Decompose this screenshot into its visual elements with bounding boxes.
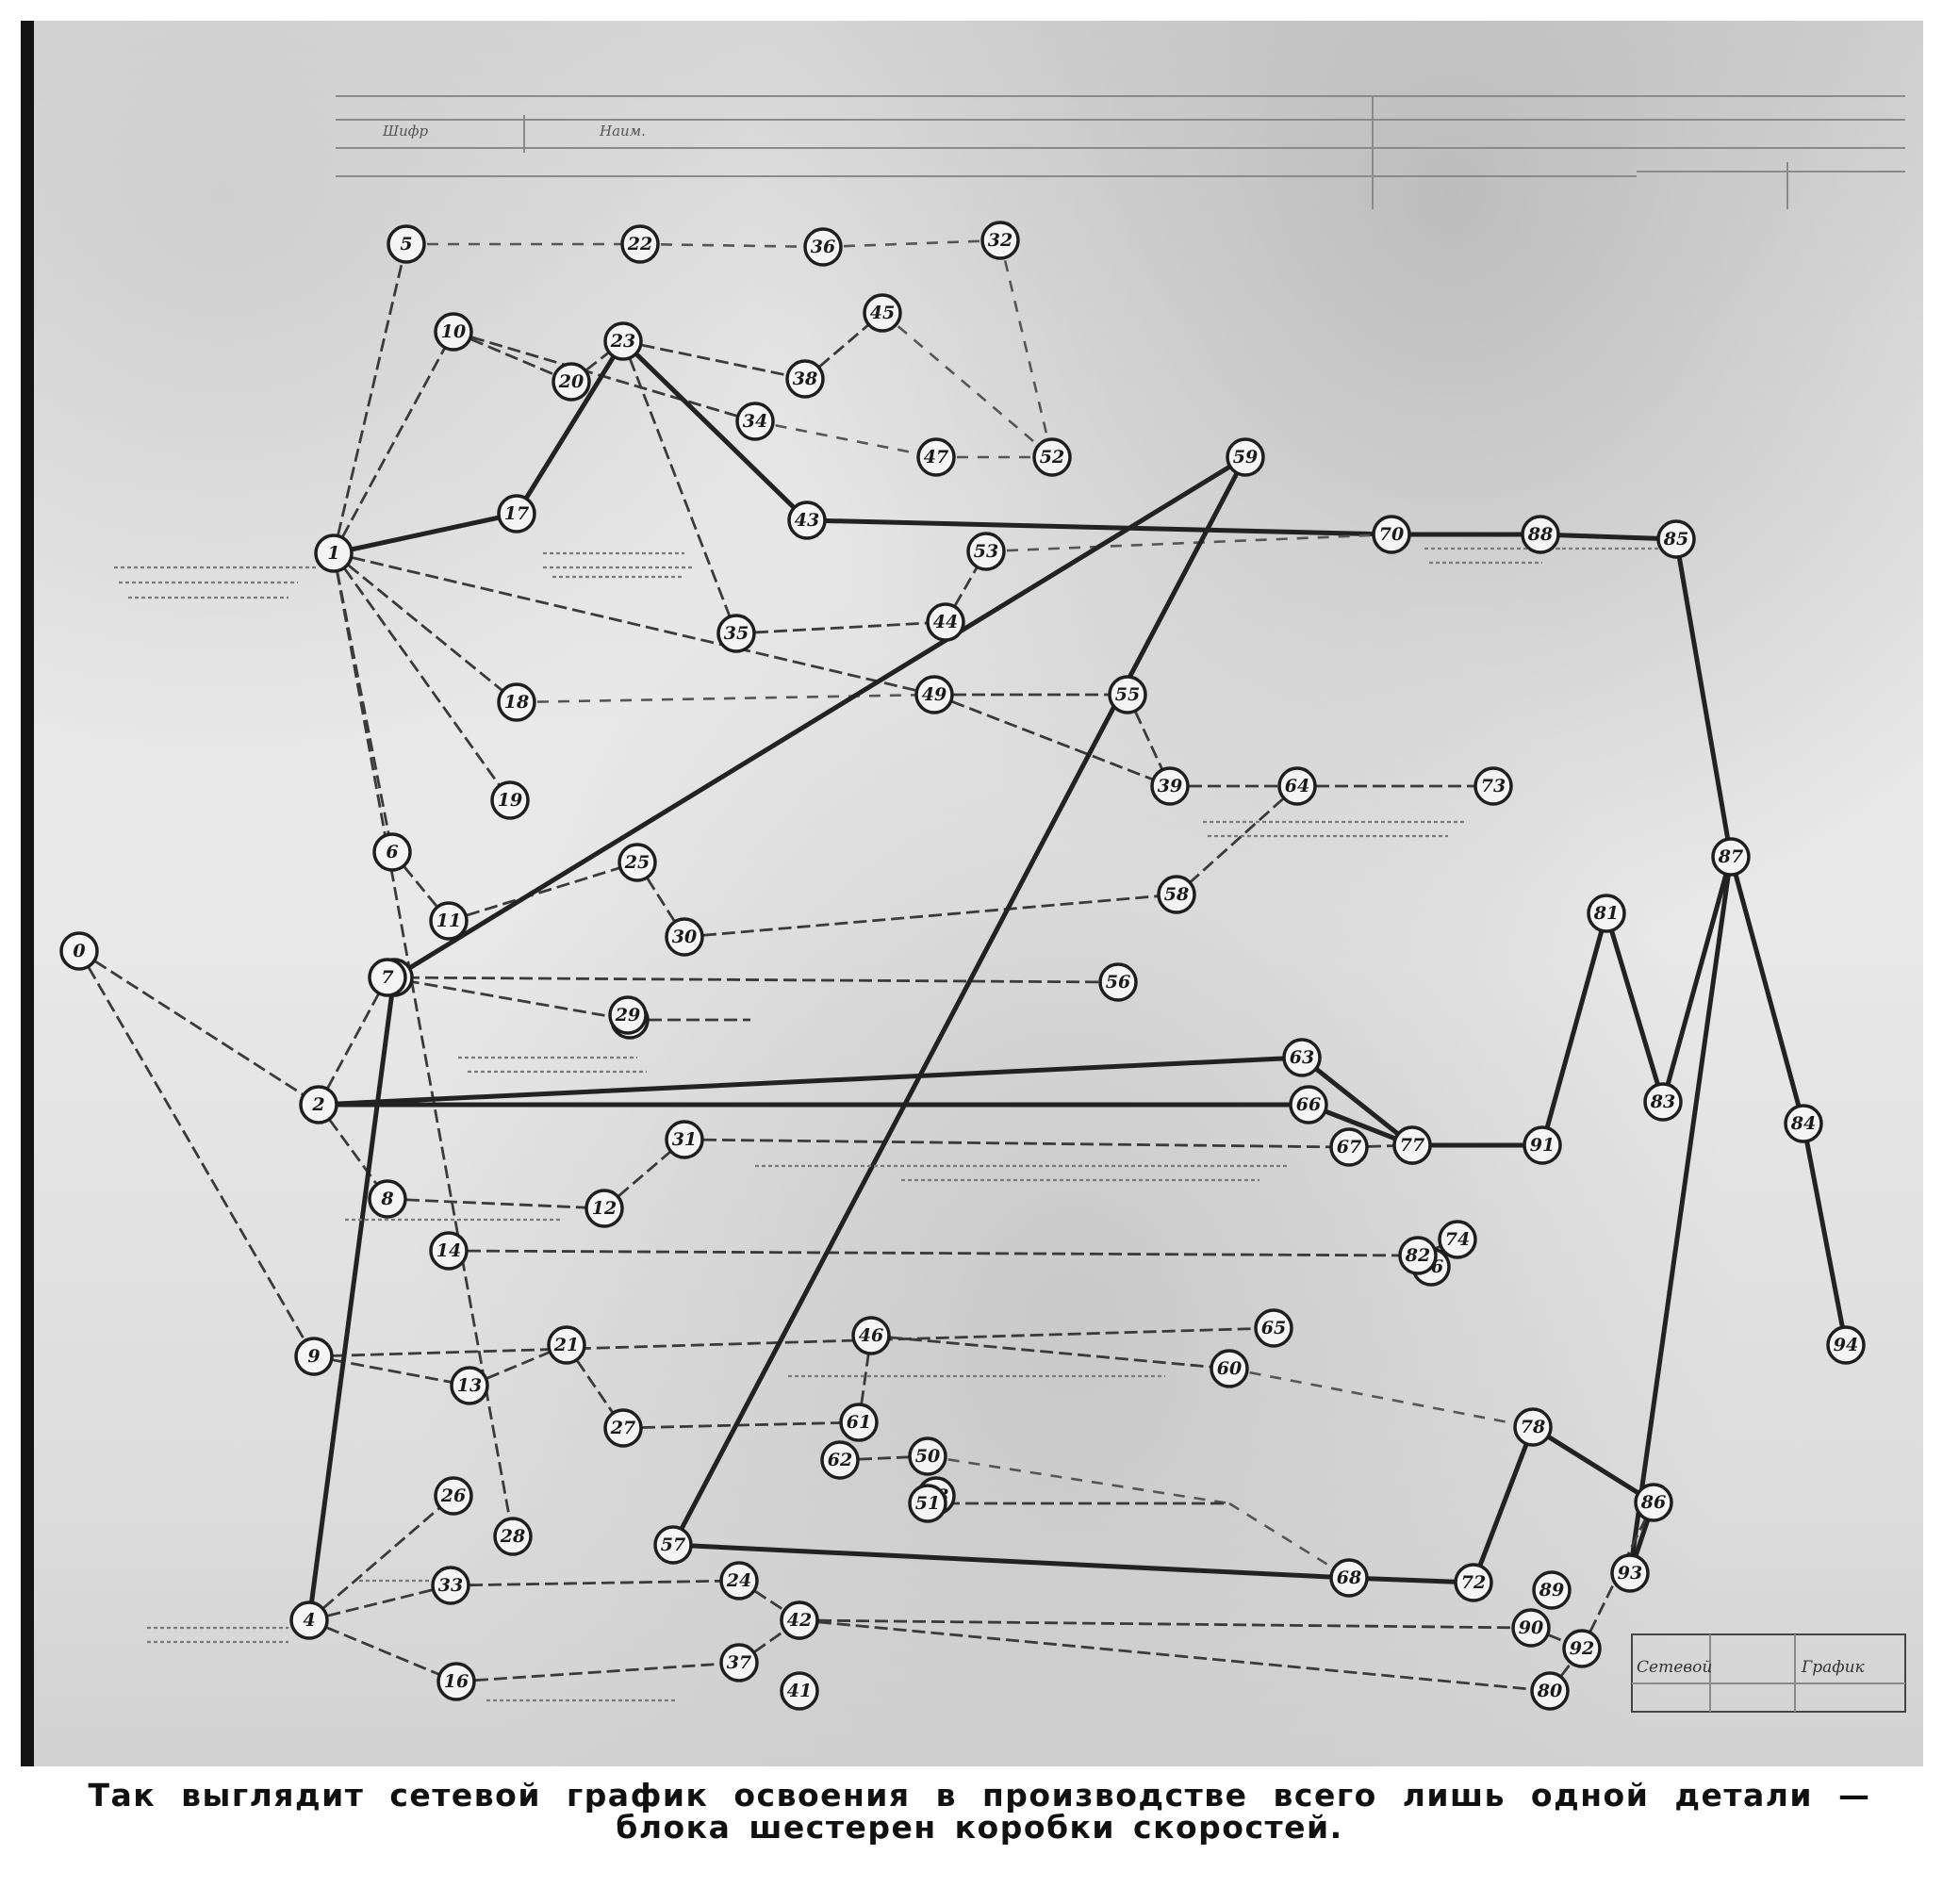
- node-4: 4: [291, 1602, 327, 1638]
- node-17: 17: [499, 496, 535, 532]
- svg-text:34: 34: [743, 411, 767, 432]
- node-93: 93: [1612, 1555, 1648, 1591]
- node-26: 26: [436, 1478, 471, 1514]
- svg-text:70: 70: [1379, 524, 1404, 545]
- node-23: 23: [605, 323, 641, 359]
- node-13: 13: [452, 1368, 487, 1403]
- svg-text:58: 58: [1164, 884, 1189, 905]
- svg-text:24: 24: [726, 1570, 751, 1591]
- edge-87-93: [1630, 857, 1731, 1573]
- svg-text:43: 43: [795, 510, 819, 531]
- svg-text:67: 67: [1337, 1137, 1361, 1157]
- svg-text:90: 90: [1519, 1617, 1543, 1638]
- node-1: 1: [316, 535, 352, 571]
- caption-line-1: Так выглядит сетевой график освоения в п…: [0, 1780, 1959, 1812]
- node-85: 85: [1658, 521, 1694, 557]
- svg-text:30: 30: [672, 927, 697, 947]
- svg-text:66: 66: [1296, 1094, 1321, 1115]
- svg-text:4: 4: [303, 1610, 315, 1631]
- svg-text:38: 38: [793, 369, 817, 389]
- node-66: 66: [1291, 1087, 1326, 1123]
- edge-31-67: [684, 1140, 1349, 1147]
- node-8: 8: [370, 1181, 405, 1217]
- node-81: 81: [1589, 895, 1624, 931]
- svg-text:50: 50: [915, 1446, 940, 1467]
- edge-83-87: [1663, 857, 1731, 1102]
- svg-text:21: 21: [553, 1335, 579, 1355]
- svg-text:81: 81: [1593, 903, 1619, 924]
- node-84: 84: [1786, 1106, 1821, 1141]
- edge-87-84: [1731, 857, 1803, 1124]
- edge-81-83: [1606, 913, 1663, 1102]
- svg-text:22: 22: [627, 234, 652, 254]
- node-52: 52: [1034, 439, 1070, 475]
- svg-text:91: 91: [1530, 1135, 1555, 1156]
- node-56: 56: [1100, 964, 1136, 1000]
- svg-text:26: 26: [440, 1485, 466, 1506]
- edge-9-13: [314, 1356, 469, 1386]
- svg-text:49: 49: [922, 684, 947, 705]
- edge-2-7: [319, 977, 387, 1105]
- node-31: 31: [667, 1122, 702, 1157]
- node-65: 65: [1256, 1310, 1292, 1346]
- svg-text:55: 55: [1115, 684, 1140, 705]
- node-67: 67: [1331, 1129, 1367, 1165]
- svg-text:85: 85: [1663, 529, 1688, 550]
- edge-72-78: [1473, 1427, 1533, 1583]
- node-73: 73: [1475, 768, 1511, 804]
- svg-text:9: 9: [307, 1346, 320, 1367]
- node-0: 0: [61, 933, 97, 969]
- svg-text:6: 6: [386, 842, 398, 862]
- node-50: 50: [910, 1438, 946, 1474]
- svg-text:11: 11: [436, 911, 461, 931]
- svg-text:25: 25: [624, 852, 650, 873]
- edge-1-49: [334, 553, 934, 695]
- svg-text:19: 19: [498, 790, 522, 811]
- edge-91-81: [1542, 913, 1606, 1145]
- edge-64-58: [1177, 786, 1297, 895]
- node-14: 14: [431, 1233, 467, 1269]
- edge-36-32: [823, 240, 1000, 247]
- node-72: 72: [1456, 1565, 1491, 1600]
- svg-text:Наим.: Наим.: [599, 123, 646, 140]
- svg-text:13: 13: [457, 1375, 482, 1396]
- node-80: 80: [1532, 1673, 1568, 1709]
- svg-text:35: 35: [724, 623, 749, 644]
- edge-46-60: [871, 1336, 1229, 1369]
- edge-33-24: [451, 1581, 739, 1585]
- edge-23-35: [623, 341, 736, 633]
- svg-text:47: 47: [924, 447, 948, 468]
- node-20: 20: [553, 364, 589, 400]
- svg-text:17: 17: [504, 503, 529, 524]
- svg-text:45: 45: [870, 303, 895, 323]
- svg-text:80: 80: [1537, 1681, 1562, 1701]
- svg-text:График: График: [1801, 1658, 1866, 1677]
- node-44: 44: [928, 604, 963, 640]
- edge-0-2: [79, 951, 319, 1105]
- node-25: 25: [619, 845, 655, 880]
- node-7: 7: [370, 960, 405, 995]
- node-89: 89: [1534, 1572, 1570, 1608]
- svg-text:64: 64: [1285, 776, 1309, 796]
- svg-text:57: 57: [661, 1535, 685, 1555]
- svg-text:93: 93: [1618, 1563, 1642, 1584]
- svg-text:86: 86: [1640, 1492, 1666, 1513]
- node-11: 11: [431, 903, 467, 939]
- edge-78-86: [1533, 1427, 1654, 1502]
- svg-text:31: 31: [672, 1129, 697, 1150]
- node-19: 19: [492, 782, 528, 818]
- node-91: 91: [1524, 1127, 1560, 1163]
- svg-text:61: 61: [847, 1412, 871, 1433]
- svg-text:59: 59: [1233, 447, 1258, 468]
- edge-35-44: [736, 622, 946, 633]
- network-diagram-scan: Шифр Наим. 01234567891011121314151617181…: [21, 21, 1923, 1766]
- node-58: 58: [1159, 877, 1194, 912]
- svg-text:27: 27: [610, 1418, 635, 1438]
- node-63: 63: [1284, 1040, 1320, 1075]
- svg-text:Шифр: Шифр: [382, 123, 429, 140]
- svg-text:18: 18: [504, 692, 529, 713]
- node-18: 18: [499, 684, 535, 720]
- svg-text:56: 56: [1106, 972, 1130, 993]
- node-62: 62: [822, 1442, 858, 1478]
- network-diagram: Шифр Наим. 01234567891011121314151617181…: [34, 21, 1936, 1766]
- edge-81b-68: [1229, 1503, 1349, 1578]
- edge-32-52: [1000, 240, 1052, 457]
- node-51: 51: [910, 1485, 946, 1521]
- node-68: 68: [1331, 1560, 1367, 1596]
- caption-line-2: блока шестерен коробки скоростей.: [0, 1812, 1959, 1844]
- svg-text:37: 37: [727, 1652, 751, 1673]
- node-82: 82: [1400, 1238, 1436, 1273]
- node-16: 16: [438, 1664, 474, 1699]
- edge-1-5: [334, 244, 406, 553]
- node-42: 42: [782, 1602, 817, 1638]
- svg-text:20: 20: [558, 371, 584, 392]
- node-88: 88: [1523, 517, 1558, 552]
- svg-text:44: 44: [933, 612, 958, 632]
- node-34: 34: [737, 403, 773, 439]
- edge-50-83b: [928, 1456, 1229, 1503]
- edge-22-36: [640, 244, 823, 247]
- edge-23-43: [623, 341, 807, 520]
- svg-text:8: 8: [380, 1189, 393, 1209]
- svg-text:72: 72: [1461, 1572, 1486, 1593]
- svg-text:36: 36: [811, 237, 835, 257]
- node-83: 83: [1645, 1084, 1681, 1120]
- header-table: Шифр Наим.: [336, 96, 1905, 209]
- node-30: 30: [667, 919, 702, 955]
- node-32: 32: [982, 222, 1018, 258]
- node-6: 6: [374, 834, 410, 870]
- node-60: 60: [1211, 1351, 1247, 1387]
- svg-text:87: 87: [1718, 846, 1743, 867]
- edge-1-10: [334, 332, 453, 553]
- svg-text:16: 16: [444, 1671, 469, 1692]
- node-86: 86: [1636, 1485, 1671, 1520]
- edge-42-80: [799, 1620, 1550, 1691]
- node-38: 38: [787, 361, 823, 397]
- svg-text:51: 51: [915, 1493, 940, 1514]
- svg-text:29: 29: [615, 1005, 640, 1026]
- figure-caption: Так выглядит сетевой график освоения в п…: [0, 1780, 1959, 1844]
- node-39: 39: [1152, 768, 1188, 804]
- edge-43-70: [807, 520, 1391, 534]
- svg-text:89: 89: [1539, 1580, 1564, 1600]
- node-61: 61: [841, 1404, 877, 1440]
- svg-text:53: 53: [974, 541, 998, 562]
- svg-text:39: 39: [1158, 776, 1182, 796]
- node-35: 35: [718, 616, 754, 651]
- svg-text:60: 60: [1217, 1358, 1242, 1379]
- edge-88-85: [1540, 534, 1676, 539]
- edge-40-90: [799, 1620, 1531, 1628]
- node-27: 27: [605, 1410, 641, 1446]
- edge-30-58: [684, 895, 1177, 937]
- node-64: 64: [1279, 768, 1315, 804]
- svg-text:10: 10: [441, 321, 466, 342]
- node-22: 22: [622, 226, 658, 262]
- node-47: 47: [918, 439, 954, 475]
- svg-text:82: 82: [1405, 1245, 1430, 1266]
- node-45: 45: [864, 295, 900, 331]
- svg-text:2: 2: [311, 1094, 324, 1115]
- node-21: 21: [549, 1327, 584, 1363]
- edge-57-68: [673, 1545, 1349, 1578]
- node-59: 59: [1227, 439, 1263, 475]
- svg-text:7: 7: [381, 967, 393, 988]
- node-87: 87: [1713, 839, 1749, 875]
- svg-text:28: 28: [500, 1526, 525, 1547]
- edge-34-47: [755, 421, 936, 457]
- svg-text:78: 78: [1521, 1417, 1545, 1437]
- svg-text:83: 83: [1650, 1092, 1675, 1112]
- node-33: 33: [433, 1568, 469, 1603]
- title-stamp: Сетевой График: [1632, 1634, 1905, 1712]
- node-28: 28: [495, 1518, 531, 1554]
- edge-53-70: [986, 534, 1391, 551]
- svg-text:63: 63: [1290, 1047, 1314, 1068]
- svg-text:12: 12: [592, 1198, 617, 1219]
- svg-text:32: 32: [988, 230, 1012, 251]
- edge-4-26: [309, 1496, 453, 1620]
- node-78: 78: [1515, 1409, 1551, 1445]
- node-10: 10: [436, 314, 471, 350]
- svg-text:1: 1: [327, 543, 339, 564]
- svg-text:68: 68: [1337, 1568, 1361, 1588]
- edge-2-63: [319, 1058, 1302, 1105]
- node-90: 90: [1513, 1610, 1549, 1646]
- svg-text:77: 77: [1400, 1135, 1424, 1156]
- edge-18-49: [517, 695, 934, 702]
- svg-text:14: 14: [436, 1240, 461, 1261]
- edge-16-37: [456, 1663, 739, 1682]
- edge-23-38: [623, 341, 805, 379]
- node-37: 37: [721, 1645, 757, 1681]
- node-53: 53: [968, 533, 1004, 569]
- edge-9-65: [314, 1328, 1274, 1356]
- node-2: 2: [301, 1087, 337, 1123]
- svg-text:52: 52: [1040, 447, 1064, 468]
- node-49: 49: [916, 677, 952, 713]
- svg-text:62: 62: [828, 1450, 852, 1470]
- node-70: 70: [1374, 517, 1409, 552]
- svg-text:23: 23: [610, 331, 635, 352]
- node-29: 29: [610, 997, 646, 1033]
- svg-text:92: 92: [1570, 1638, 1594, 1659]
- edge-27-61: [623, 1422, 859, 1428]
- node-55: 55: [1110, 677, 1145, 713]
- edge-4-3: [309, 977, 394, 1620]
- node-43: 43: [789, 502, 825, 538]
- edge-8-12: [387, 1199, 604, 1208]
- svg-text:0: 0: [73, 941, 85, 961]
- edge-7-56: [387, 977, 1118, 982]
- edge-11-25: [449, 862, 637, 921]
- svg-text:42: 42: [787, 1610, 812, 1631]
- node-5: 5: [388, 226, 424, 262]
- svg-text:41: 41: [787, 1681, 812, 1701]
- edge-14-82: [449, 1251, 1418, 1256]
- node-77: 77: [1394, 1127, 1430, 1163]
- edge-60-78: [1229, 1369, 1533, 1427]
- node-92: 92: [1564, 1631, 1600, 1666]
- svg-text:46: 46: [859, 1325, 883, 1346]
- node-46: 46: [853, 1318, 889, 1354]
- node-36: 36: [805, 229, 841, 265]
- svg-text:65: 65: [1261, 1318, 1286, 1338]
- edge-1-17: [334, 514, 517, 553]
- node-94: 94: [1828, 1327, 1864, 1363]
- diagram-edges: [79, 240, 1846, 1700]
- svg-text:73: 73: [1481, 776, 1506, 796]
- svg-text:84: 84: [1790, 1113, 1816, 1134]
- svg-text:33: 33: [438, 1575, 463, 1596]
- edge-4-16: [309, 1620, 456, 1682]
- svg-text:88: 88: [1527, 524, 1553, 545]
- node-9: 9: [296, 1338, 332, 1374]
- edge-0-9: [79, 951, 314, 1356]
- node-24: 24: [721, 1563, 757, 1599]
- edge-45-52: [882, 313, 1052, 457]
- node-41: 41: [782, 1673, 817, 1709]
- svg-text:94: 94: [1834, 1335, 1858, 1355]
- node-74: 74: [1440, 1222, 1475, 1257]
- edge-84-94: [1803, 1124, 1846, 1345]
- node-57: 57: [655, 1527, 691, 1563]
- svg-text:5: 5: [400, 234, 412, 254]
- edge-7-15: [387, 977, 630, 1020]
- svg-text:74: 74: [1445, 1229, 1470, 1250]
- svg-text:Сетевой: Сетевой: [1637, 1658, 1712, 1677]
- edge-85-87: [1676, 539, 1731, 857]
- node-12: 12: [586, 1190, 622, 1226]
